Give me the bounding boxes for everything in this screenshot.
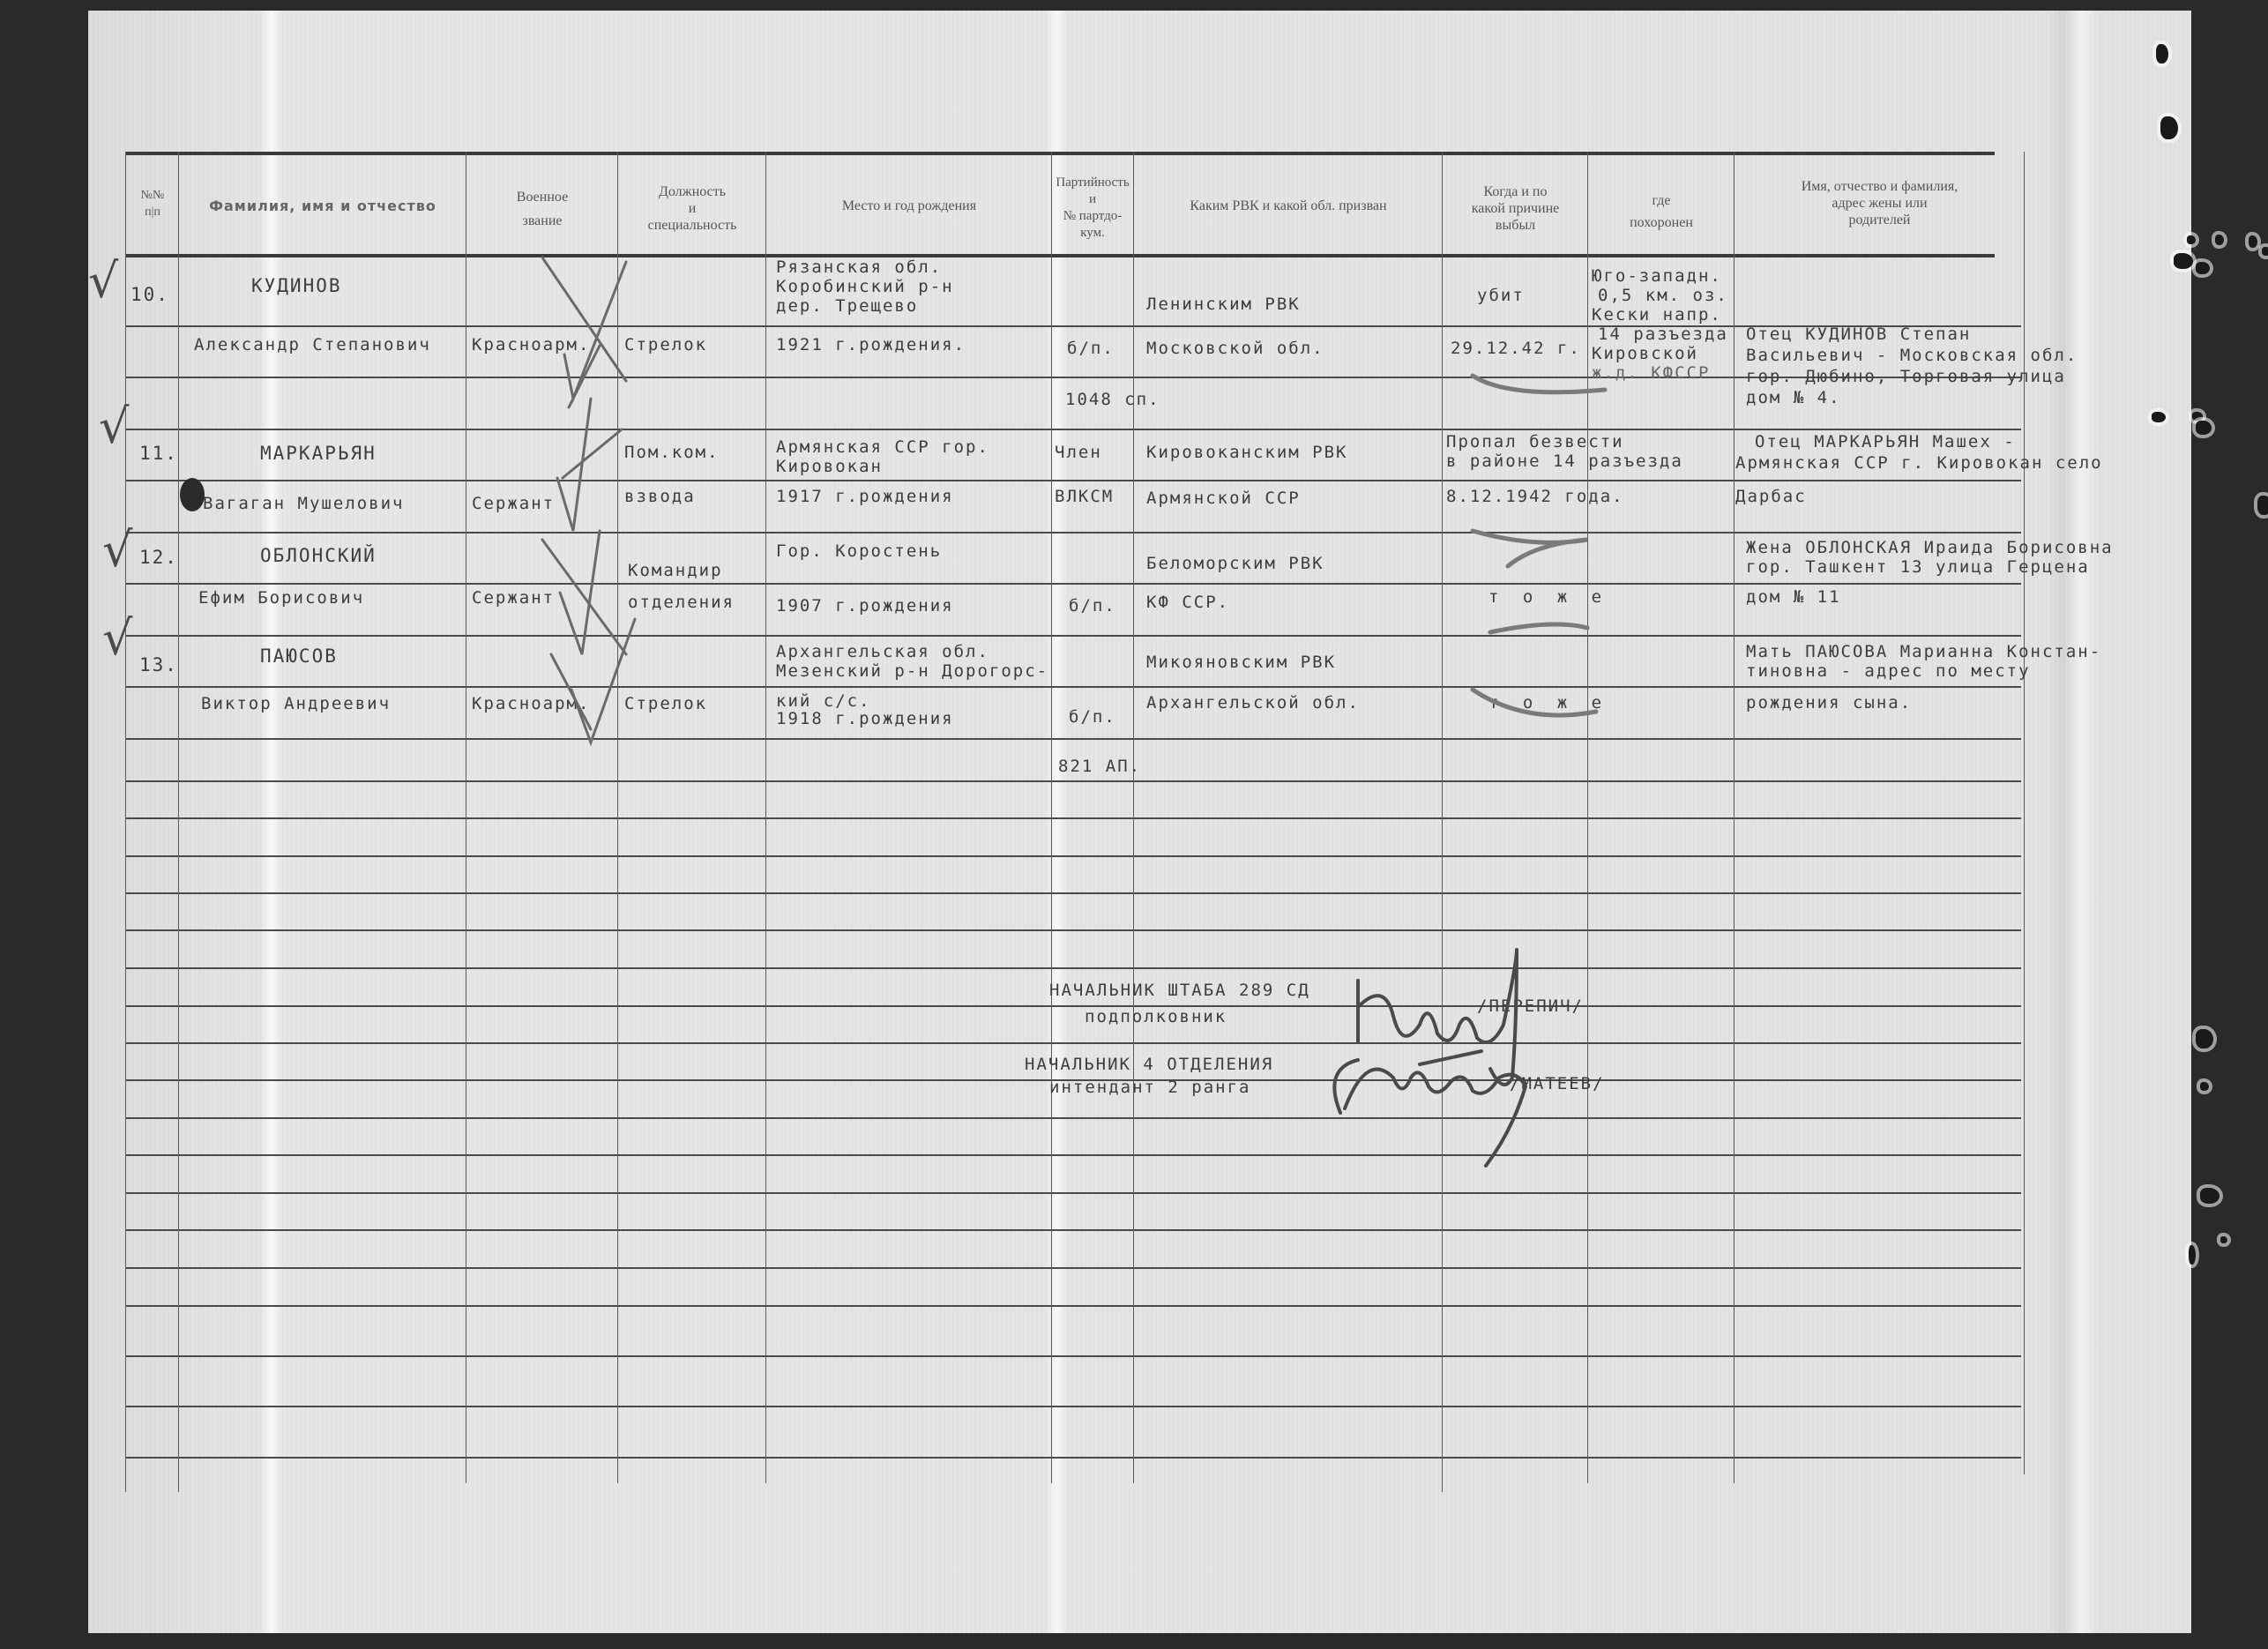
rvk-line: Микояновским РВК — [1146, 653, 1336, 672]
document-page: №№ п|п Фамилия, имя и отчество Военное з… — [88, 11, 2191, 1633]
birth-line: Коробинский р-н — [776, 277, 954, 296]
header-relatives: Имя, отчество и фамилия, адрес жены или … — [1735, 178, 2024, 228]
rvk-line: Кировоканским РВК — [1146, 443, 1347, 462]
buried-line: 14 разъезда — [1598, 325, 1728, 344]
row-rule — [125, 429, 2021, 430]
party: б/п. — [1067, 339, 1115, 358]
unit: 1048 сп. — [1065, 390, 1160, 409]
birth-line: Армянская ССР гор. — [776, 437, 989, 457]
row-rule — [125, 892, 2021, 894]
relatives-line: рождения сына. — [1746, 693, 1912, 713]
given-name: Ефим Борисович — [198, 588, 364, 608]
header-line: Должность — [619, 183, 765, 200]
paper-hole — [2262, 247, 2268, 256]
paper-hole — [2160, 116, 2178, 139]
unit: 821 АП. — [1058, 757, 1141, 776]
row-rule — [125, 817, 2021, 819]
party: б/п. — [1069, 707, 1116, 727]
col-rule — [765, 152, 766, 1483]
paper-hole — [2215, 235, 2224, 245]
header-line: какой причине — [1444, 200, 1587, 217]
header-line: звание — [467, 213, 617, 229]
header-line: адрес жены или — [1735, 195, 2024, 212]
header-party: Партийность и № партдо- кум. — [1051, 175, 1134, 242]
row-rule — [125, 325, 2021, 327]
header-when: Когда и по какой причине выбыл — [1444, 183, 1587, 234]
row-rule — [125, 1005, 2021, 1007]
paper-hole — [2156, 44, 2168, 63]
relatives-line: Отец МАРКАРЬЯН Машех - — [1755, 432, 2016, 451]
birth-line: Архангельская обл. — [776, 642, 989, 661]
when-line: 29.12.42 г. — [1451, 339, 1581, 358]
header-line: №№ — [127, 187, 178, 204]
row-rule — [125, 1406, 2021, 1407]
header-bottom-rule — [125, 254, 1995, 257]
col-rule — [1734, 152, 1735, 1483]
row-rule — [125, 738, 2021, 740]
relatives-line: Васильевич - Московская обл. — [1746, 346, 2078, 365]
paper-hole — [2196, 1029, 2213, 1048]
paper-hole — [2220, 1236, 2227, 1243]
relatives-line: гор. Дюбино, Торговая улица — [1746, 367, 2066, 386]
birth-line: Рязанская обл. — [776, 257, 942, 277]
header-line: п|п — [127, 204, 178, 220]
birth-line: 1921 г.рождения. — [776, 335, 966, 354]
surname: КУДИНОВ — [251, 275, 342, 296]
row-rule — [125, 855, 2021, 857]
row-rule — [125, 1305, 2021, 1307]
given-name: Александр Степанович — [194, 335, 431, 354]
relatives-line: Отец КУДИНОВ Степан — [1746, 325, 1971, 344]
header-line: где — [1589, 192, 1734, 209]
party: Член — [1055, 443, 1102, 462]
birth-line: Гор. Коростень — [776, 541, 942, 561]
relatives-line: гор. Ташкент 13 улица Герцена — [1746, 557, 2090, 577]
relatives-line: дом № 11 — [1746, 587, 1841, 607]
margin-check-icon: √ — [102, 610, 132, 666]
col-rule — [1587, 152, 1588, 1483]
row-rule — [125, 583, 2021, 585]
given-name: Виктор Андреевич — [201, 694, 391, 713]
margin-check-icon: √ — [88, 253, 118, 309]
header-num: №№ п|п — [127, 187, 178, 220]
chief-of-staff-title: НАЧАЛЬНИК ШТАБА 289 СД — [1049, 981, 1310, 1000]
party: ВЛКСМ — [1055, 487, 1114, 506]
row-rule — [125, 532, 2021, 533]
chief-of-staff-rank: подполковник — [1085, 1007, 1227, 1026]
row-rule — [125, 967, 2021, 969]
row-rule — [125, 1192, 2021, 1194]
buried-line: 0,5 км. оз. — [1598, 286, 1728, 305]
buried-line: Кировской — [1592, 344, 1698, 363]
surname: ПАЮСОВ — [260, 645, 338, 667]
rvk-line: КФ ССР. — [1146, 593, 1229, 612]
row-rule — [125, 377, 2021, 378]
row-rule — [125, 1355, 2021, 1357]
row-rule — [125, 1117, 2021, 1119]
row-rule — [125, 1042, 2021, 1044]
row-rule — [125, 635, 2021, 637]
rvk-line: Архангельской обл. — [1146, 693, 1360, 713]
paper-hole — [2187, 235, 2196, 244]
row-rule — [125, 1229, 2021, 1231]
birth-line: 1917 г.рождения — [776, 487, 954, 506]
birth-line: 1907 г.рождения — [776, 596, 954, 616]
col-rule — [125, 152, 126, 1492]
paper-hole — [2200, 1082, 2209, 1091]
ink-blot — [180, 478, 205, 511]
relatives-line: тиновна - адрес по месту — [1746, 661, 2031, 681]
when-line: убит — [1477, 286, 1525, 305]
paper-fold — [2046, 11, 2099, 1633]
birth-line: Кировокан — [776, 457, 883, 476]
rvk-line: Ленинским РВК — [1146, 295, 1301, 314]
row-number: 11. — [139, 443, 178, 464]
row-rule — [125, 686, 2021, 688]
paper-hole — [2249, 235, 2257, 248]
relatives-line: Армянская ССР г. Кировокан село — [1735, 453, 2103, 473]
given-name: Вагаган Мушелович — [203, 494, 404, 513]
birth-line: кий с/с. — [776, 691, 871, 711]
birth-line: Мезенский р-н Дорогорс- — [776, 661, 1048, 681]
handwritten-signature — [1305, 945, 1570, 1175]
header-rvk: Каким РВК и какой обл. призван — [1135, 198, 1442, 214]
row-rule — [125, 480, 2021, 481]
row-number: 12. — [139, 547, 178, 568]
relatives-line: дом № 4. — [1746, 388, 1841, 407]
row-number: 13. — [139, 654, 178, 675]
row-rule — [125, 1267, 2021, 1269]
paper-hole — [2196, 421, 2212, 435]
header-line: № партдо- — [1051, 208, 1134, 225]
paper-hole — [2152, 412, 2166, 422]
margin-check-icon: √ — [99, 399, 129, 454]
header-rank: Военное звание — [467, 189, 617, 229]
buried-line: Кески напр. — [1592, 305, 1722, 325]
row-number: 10. — [131, 284, 169, 305]
header-line: кум. — [1051, 225, 1134, 242]
birth-line: дер. Трещево — [776, 296, 918, 316]
party: б/п. — [1069, 596, 1116, 616]
header-line: Когда и по — [1444, 183, 1587, 200]
col-rule — [1442, 152, 1443, 1492]
paper-hole — [2192, 412, 2203, 421]
header-line: и — [619, 200, 765, 217]
table-top-rule — [125, 152, 1995, 155]
header-line: Имя, отчество и фамилия, — [1735, 178, 2024, 195]
birth-line: 1918 г.рождения — [776, 709, 954, 728]
rvk-line: Армянской ССР — [1146, 489, 1301, 508]
section-chief-title: НАЧАЛЬНИК 4 ОТДЕЛЕНИЯ — [1025, 1055, 1273, 1074]
buried-line: Юго-западн. — [1592, 266, 1722, 286]
pencil-check-marks — [459, 249, 688, 795]
header-birth: Место и год рождения — [767, 198, 1051, 214]
header-line: родителей — [1735, 212, 2024, 228]
pencil-strokes — [1455, 363, 1649, 734]
header-line: специальность — [619, 217, 765, 234]
header-line: похоронен — [1589, 214, 1734, 231]
paper-hole — [2174, 253, 2193, 269]
col-rule — [1051, 152, 1052, 1483]
col-rule — [1133, 152, 1134, 1483]
surname: ОБЛОНСКИЙ — [260, 545, 377, 566]
paper-hole — [2257, 496, 2268, 515]
row-rule — [125, 929, 2021, 931]
row-rule — [125, 780, 2021, 782]
paper-hole — [2189, 1245, 2196, 1265]
header-line: выбыл — [1444, 217, 1587, 234]
relatives-line: Дарбас — [1735, 487, 1807, 506]
header-line: Партийность — [1051, 175, 1134, 191]
margin-check-icon: √ — [102, 522, 132, 578]
header-buried: где похоронен — [1589, 192, 1734, 231]
header-line: и — [1051, 191, 1134, 208]
relatives-line: Жена ОБЛОНСКАЯ Ираида Борисовна — [1746, 538, 2114, 557]
paper-hole — [2196, 262, 2210, 274]
row-rule — [125, 1457, 2021, 1459]
header-line: Военное — [467, 189, 617, 205]
surname: МАРКАРЬЯН — [260, 443, 377, 464]
row-rule — [125, 1154, 2021, 1156]
header-position: Должность и специальность — [619, 183, 765, 234]
header-name: Фамилия, имя и отчество — [180, 198, 466, 214]
section-chief-rank: интендант 2 ранга — [1049, 1078, 1250, 1097]
rvk-line: Беломорским РВК — [1146, 554, 1324, 573]
paper-hole — [2200, 1188, 2220, 1204]
rvk-line: Московской обл. — [1146, 339, 1324, 358]
relatives-line: Мать ПАЮСОВА Марианна Констан- — [1746, 642, 2101, 661]
col-rule — [178, 152, 179, 1492]
